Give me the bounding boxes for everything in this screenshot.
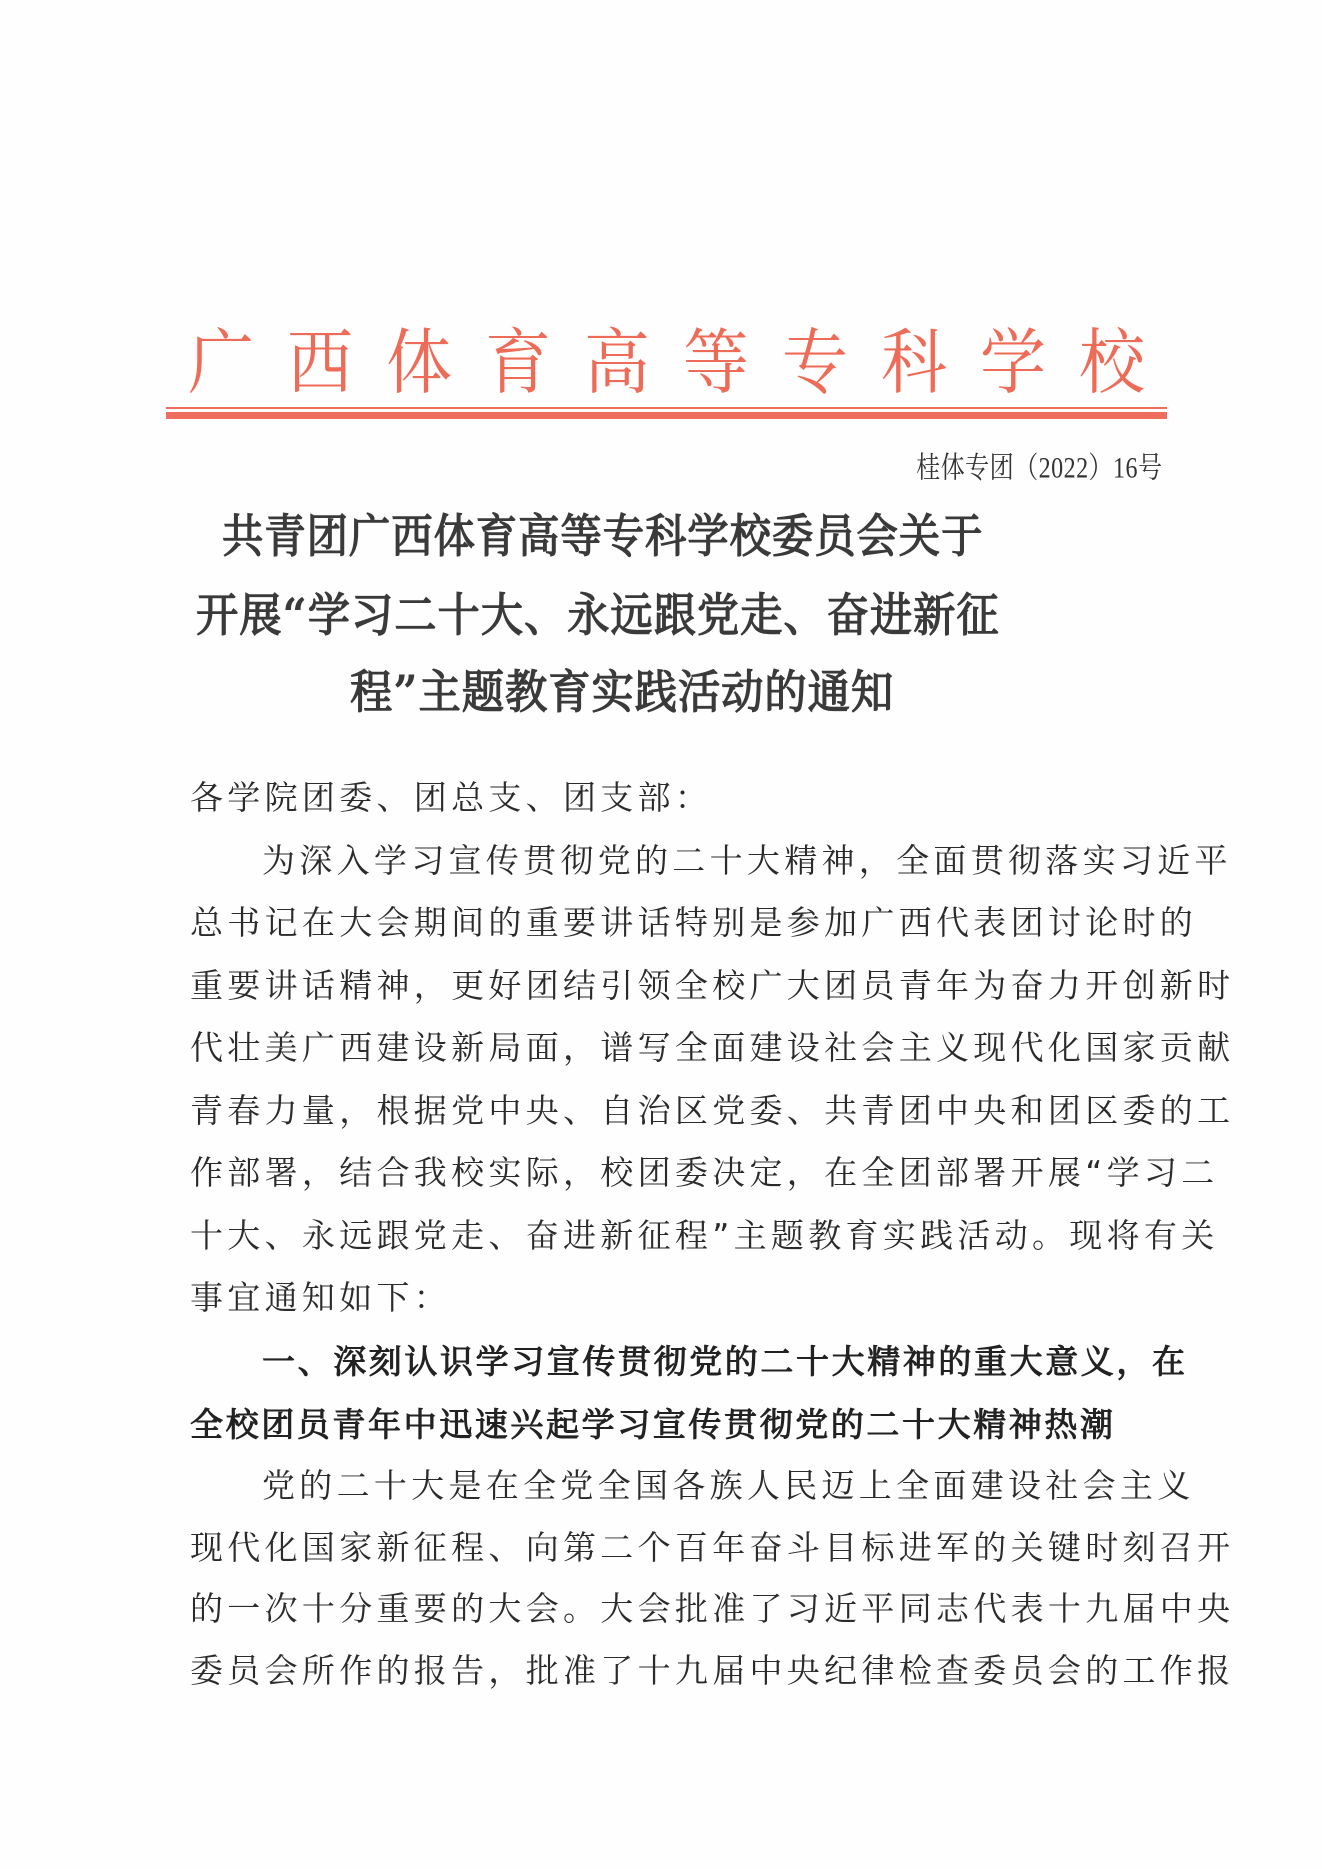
paragraph-line: 代壮美广西建设新局面，谱写全面建设社会主义现代化国家贡献 <box>190 1028 1234 1068</box>
paragraph-line: 作部署，结合我校实际，校团委决定，在全团部署开展“学习二 <box>190 1153 1219 1193</box>
letterhead-rule-thin <box>166 407 1167 409</box>
document-number: 桂体专团（2022）16号 <box>917 450 1163 488</box>
section-heading-line-1: 一、深刻认识学习宣传贯彻党的二十大精神的重大意义，在 <box>262 1342 1188 1382</box>
document-title-line-1: 共青团广西体育高等专科学校委员会关于 <box>222 508 983 564</box>
paragraph-line: 总书记在大会期间的重要讲话特别是参加广西代表团讨论时的 <box>190 903 1197 943</box>
paragraph-line: 现代化国家新征程、向第二个百年奋斗目标进军的关键时刻召开 <box>190 1528 1234 1568</box>
paragraph-line: 十大、永远跟党走、奋进新征程”主题教育实践活动。现将有关 <box>190 1216 1219 1256</box>
paragraph-line: 委员会所作的报告，批准了十九届中央纪律检查委员会的工作报 <box>190 1651 1234 1691</box>
paragraph-line: 青春力量，根据党中央、自治区党委、共青团中央和团区委的工 <box>190 1091 1234 1131</box>
section-heading-line-2: 全校团员青年中迅速兴起学习宣传贯彻党的二十大精神热潮 <box>190 1405 1116 1445</box>
document-title-line-2: 开展“学习二十大、永远跟党走、奋进新征 <box>196 587 1000 643</box>
salutation: 各学院团委、团总支、团支部： <box>190 778 712 818</box>
paragraph-line: 的一次十分重要的大会。大会批准了习近平同志代表十九届中央 <box>190 1589 1234 1629</box>
paragraph-line: 党的二十大是在全党全国各族人民迈上全面建设社会主义 <box>262 1466 1195 1506</box>
document-title-line-3: 程”主题教育实践活动的通知 <box>350 664 894 720</box>
letterhead-rule-thick <box>166 412 1167 419</box>
document-page: 广西体育高等专科学校 桂体专团（2022）16号 共青团广西体育高等专科学校委员… <box>0 0 1322 1869</box>
paragraph-line: 事宜通知如下： <box>190 1278 451 1318</box>
letterhead-institution-name: 广西体育高等专科学校 <box>188 318 1168 409</box>
paragraph-line: 为深入学习宣传贯彻党的二十大精神，全面贯彻落实习近平 <box>262 841 1232 881</box>
paragraph-line: 重要讲话精神，更好团结引领全校广大团员青年为奋力开创新时 <box>190 966 1234 1006</box>
